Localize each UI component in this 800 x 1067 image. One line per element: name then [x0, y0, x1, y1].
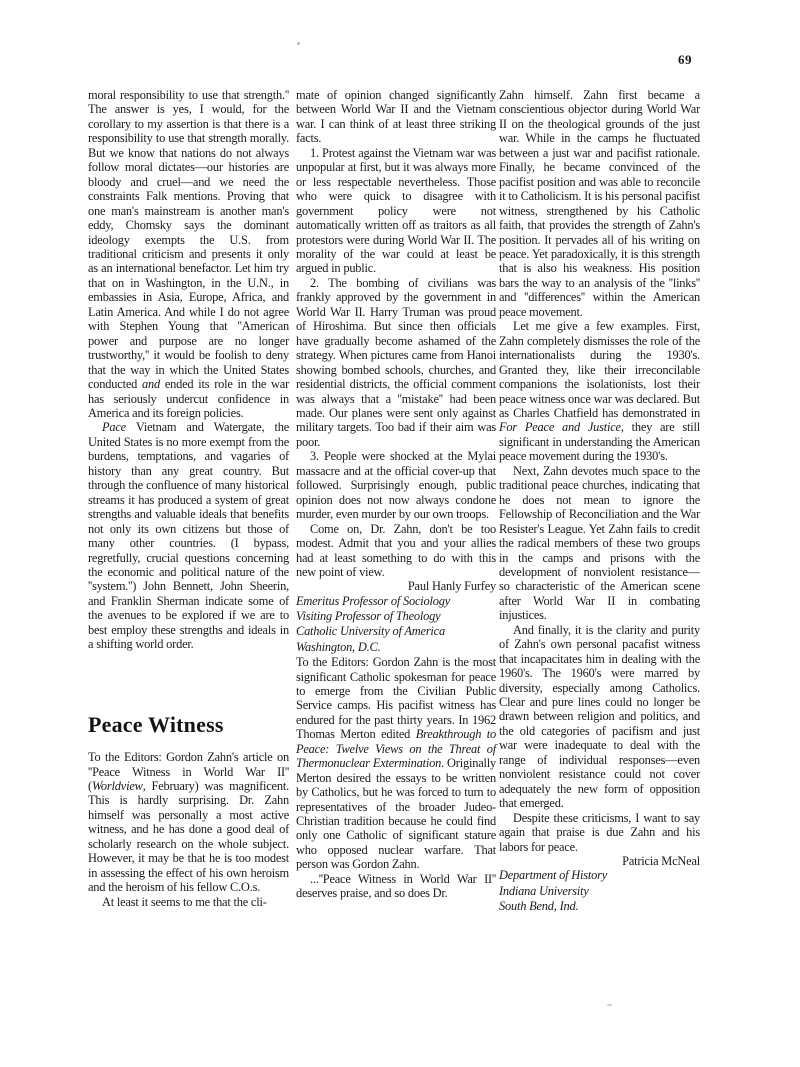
italic-text: For Peace and Justice	[499, 420, 621, 434]
byline-line: Department of History	[499, 868, 700, 883]
paragraph: Next, Zahn devotes much space to the tra…	[499, 464, 700, 623]
italic-text: and	[142, 377, 160, 391]
letter-signature: Patricia McNeal	[499, 854, 700, 868]
byline-line: Catholic University of America	[296, 624, 496, 639]
body-text: mate of opinion changed significantly be…	[296, 88, 496, 145]
paragraph: Zahn himself. Zahn first became a consci…	[499, 88, 700, 319]
paragraph: To the Editors: Gordon Zahn is the most …	[296, 655, 496, 872]
paragraph: Let me give a few examples. First, Zahn …	[499, 319, 700, 464]
paragraph: Come on, Dr. Zahn, don't be too modest. …	[296, 522, 496, 580]
paragraph: ...''Peace Witness in World War II'' des…	[296, 872, 496, 901]
body-text: ...''Peace Witness in World War II'' des…	[296, 872, 496, 900]
column-left: moral responsibility to use that strengt…	[88, 88, 289, 909]
body-text: At least it seems to me that the cli-	[102, 895, 267, 909]
byline-line: South Bend, Ind.	[499, 899, 700, 914]
body-text: 3. People were shocked at the Mylai mass…	[296, 449, 496, 521]
paragraph: moral responsibility to use that strengt…	[88, 88, 289, 420]
body-text: Zahn himself. Zahn first became a consci…	[499, 88, 700, 319]
signature-byline: Emeritus Professor of SociologyVisiting …	[296, 594, 496, 655]
byline-line: Visiting Professor of Theology	[296, 609, 496, 624]
byline-line: Washington, D.C.	[296, 640, 496, 655]
paragraph: Despite these criticisms, I want to say …	[499, 811, 700, 854]
paragraph: 3. People were shocked at the Mylai mass…	[296, 449, 496, 521]
body-text: , February) was magnificent. This is har…	[88, 779, 289, 894]
paragraph: At least it seems to me that the cli-	[88, 895, 289, 909]
column-middle: mate of opinion changed significantly be…	[296, 88, 496, 901]
letter-signature: Paul Hanly Furfey	[296, 579, 496, 593]
paragraph: 1. Protest against the Vietnam war was u…	[296, 146, 496, 276]
column-right: Zahn himself. Zahn first became a consci…	[499, 88, 700, 914]
paragraph: Pace Vietnam and Watergate, the United S…	[88, 420, 289, 651]
paragraph: mate of opinion changed significantly be…	[296, 88, 496, 146]
paragraph: And finally, it is the clarity and purit…	[499, 623, 700, 811]
italic-text: Pace	[102, 420, 126, 434]
body-text: . Originally Merton desired the essays t…	[296, 756, 496, 871]
signature-byline: Department of HistoryIndiana UniversityS…	[499, 868, 700, 914]
section-heading: Peace Witness	[88, 718, 289, 732]
body-text: Come on, Dr. Zahn, don't be too modest. …	[296, 522, 496, 579]
page-number: 69	[678, 52, 692, 68]
body-text: 2. The bombing of civilians was frankly …	[296, 276, 496, 449]
body-text: Vietnam and Watergate, the United States…	[88, 420, 289, 651]
byline-line: Indiana University	[499, 884, 700, 899]
scan-artifact	[607, 1004, 612, 1006]
body-text: 1. Protest against the Vietnam war was u…	[296, 146, 496, 276]
italic-text: Worldview	[92, 779, 143, 793]
body-text: Despite these criticisms, I want to say …	[499, 811, 700, 854]
body-text: Next, Zahn devotes much space to the tra…	[499, 464, 700, 623]
byline-line: Emeritus Professor of Sociology	[296, 594, 496, 609]
body-text: moral responsibility to use that strengt…	[88, 88, 289, 391]
scan-artifact	[297, 42, 300, 45]
scanned-magazine-page: 69 moral responsibility to use that stre…	[0, 0, 800, 1067]
paragraph: 2. The bombing of civilians was frankly …	[296, 276, 496, 449]
paragraph: To the Editors: Gordon Zahn's article on…	[88, 750, 289, 895]
body-text: Let me give a few examples. First, Zahn …	[499, 319, 700, 420]
body-text: And finally, it is the clarity and purit…	[499, 623, 700, 810]
